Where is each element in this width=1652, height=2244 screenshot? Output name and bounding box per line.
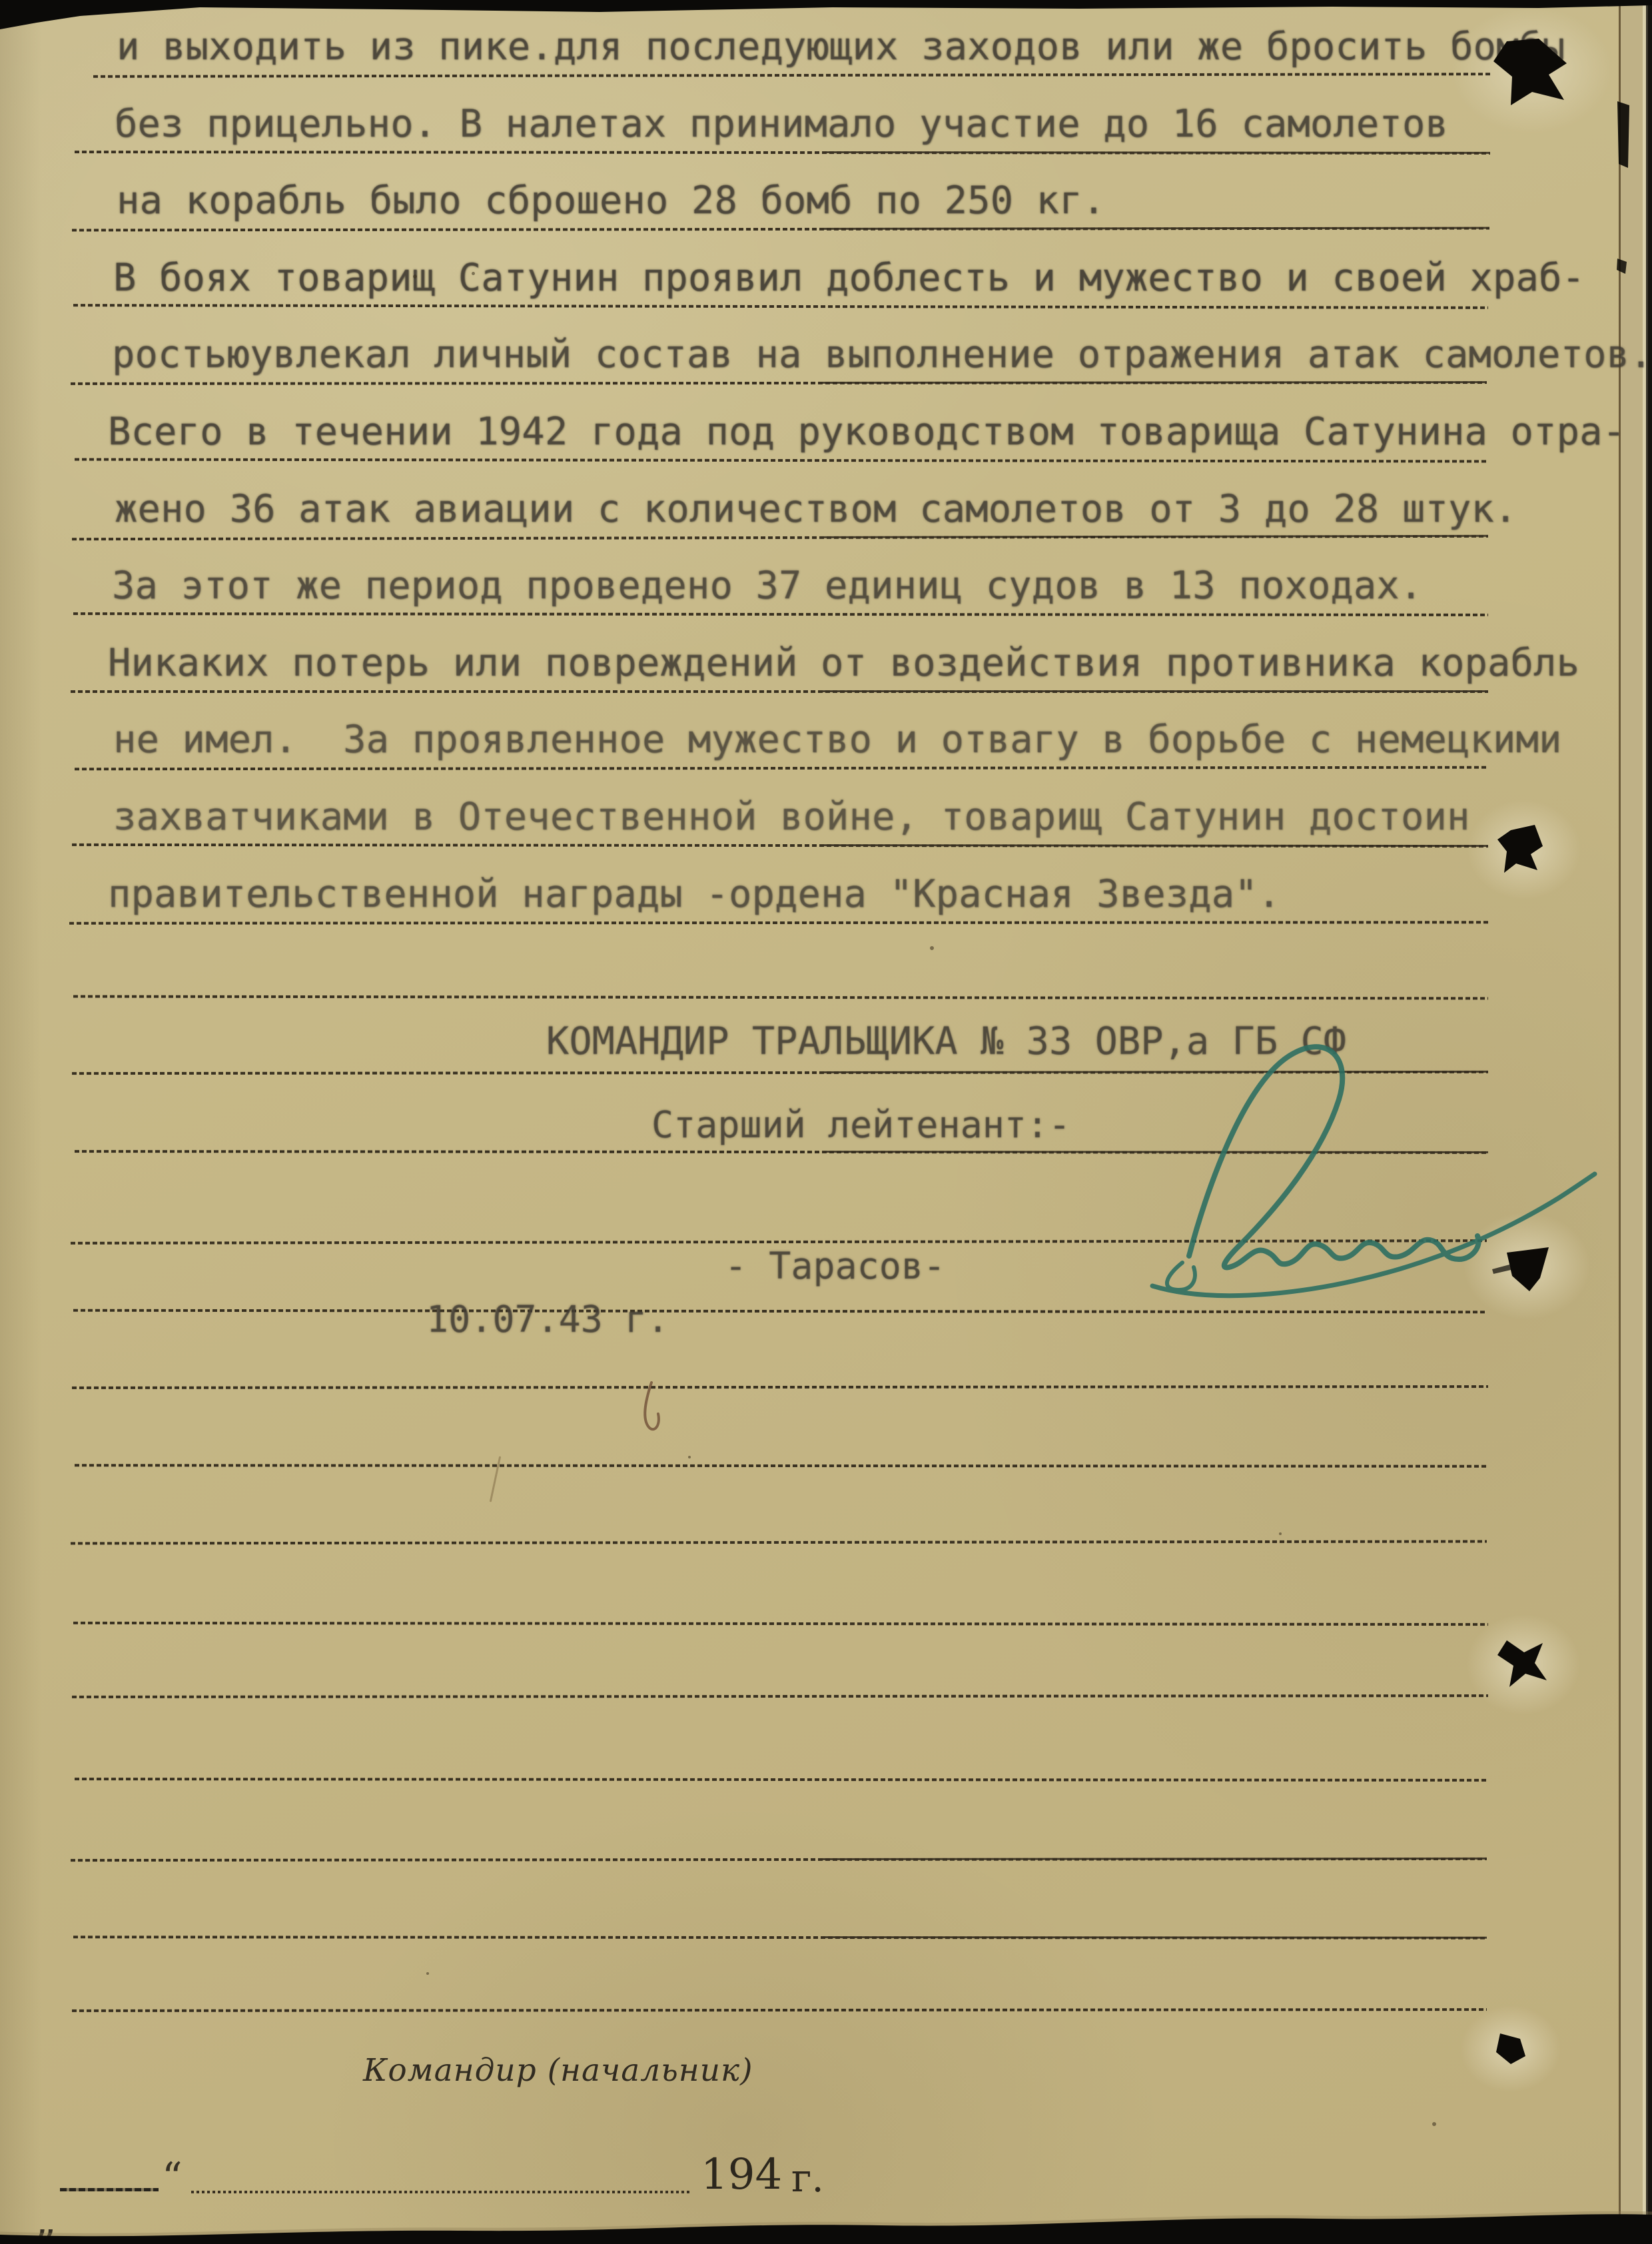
typed-text-line: и выходить из пике.для последующих заход… [117,27,1565,67]
footer-open-quote: “ [162,2157,183,2197]
paper-speck [688,1456,691,1458]
typed-text-line: В боях товарищ Сатунин проявил доблесть … [113,259,1585,298]
paper-speck [653,426,655,429]
typed-text-line: Никаких потерь или повреждений от воздей… [108,644,1579,684]
footer-dotted-line [191,2191,691,2193]
rank-line: Старший лейтенант:- [651,1106,1070,1145]
typed-text-line: не имел. За проявленное мужество и отваг… [113,720,1562,760]
footer-commander-label: Командир (начальник) [363,2053,753,2088]
paper-speck [1432,2122,1436,2126]
commander-unit-line: КОМАНДИР ТРАЛЬЩИКА № 33 ОВР,а ГБ СФ [546,1022,1346,1062]
typed-text-line: ростьюувлекал личный состав на выполнени… [112,335,1652,375]
typed-name-line: - Тарасов- [725,1247,945,1286]
footer-year-stub: 194 [701,2153,782,2196]
paper-speck [472,272,475,275]
scanned-document-page: и выходить из пике.для последующих заход… [0,0,1652,2244]
footer-low-quote: „ [35,2199,57,2241]
typed-text-line: правительственной награды -ордена "Красн… [108,875,1280,915]
paper-speck [930,946,934,950]
typed-text-line: Всего в течении 1942 года под руководств… [108,412,1625,452]
typed-text-line: жено 36 атак авиации с количеством самол… [115,490,1517,530]
paper-speck [413,275,417,279]
typed-text-line: на корабль было сброшено 28 бомб по 250 … [117,181,1105,221]
typed-text-line: без прицельно. В налетах принимало участ… [115,105,1448,145]
ruled-line [71,690,1488,693]
date-line: 10.07.43 г. [426,1301,669,1339]
footer-year-suffix: г. [791,2159,824,2197]
typed-text-line: За этот же период проведено 37 единиц су… [112,566,1422,606]
paper-speck [426,1972,429,1975]
typed-text-line: захватчиками в Отечественной войне, това… [113,798,1470,838]
footer-stub-line [60,2188,159,2191]
paper-speck [1279,1532,1282,1535]
